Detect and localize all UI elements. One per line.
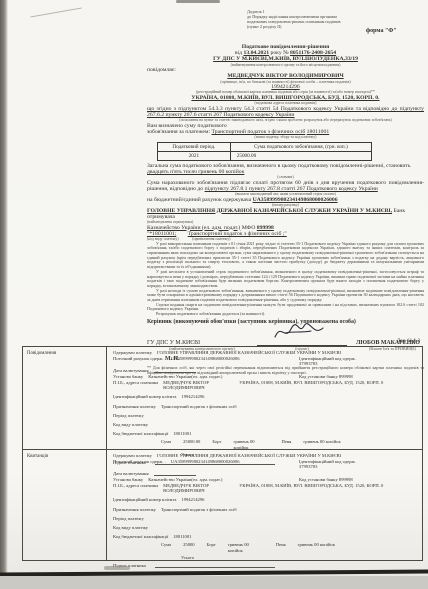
scanner-edge-shadow [0,0,8,589]
scan-smudge [176,0,220,3]
value-date-label: Дата валютування [113,368,149,373]
client-id-label: Ідентифікаційний номер клієнта [113,497,176,502]
deadline-line: Сума нарахованого зобов'язання підлягає … [147,180,424,192]
penalty-value: гривень 00 копійок [298,542,335,547]
purpose-label: Призначення платежу [113,507,156,512]
stub-sum-row: Сума25000Борггривень 00 копійокПенягриве… [161,542,417,552]
bank-code-value: 899998 [339,477,353,482]
sum-value: 25000 [183,542,194,547]
table-header-row: Податковий період. Сума податкового зобо… [158,142,372,151]
sum-value: 25000.00 [183,439,200,444]
stub-value-date-row: Дата валютування [113,368,417,373]
scanner-bed [0,576,428,589]
payer-name: МЕДВЕДЧУК ВІКТОР ВОЛОДИМИРОВИЧ [163,483,231,493]
bank-label: Установа банку [113,374,143,379]
stub-recipient-row: Одержувач платежуГОЛОВНЕ УПРАВЛІННЯ ДЕРЖ… [113,453,417,458]
sum-label: Сума [161,542,171,547]
payer-address: УКРАЇНА, 01808, М.КИЇВ, ВУЛ. ВИШГОРОДСЬК… [239,380,417,390]
value-date-label: Дата валютування [113,471,149,476]
id-code-value: 37993783 [299,464,317,469]
blank-signature [155,563,275,568]
bank-value: Казначейство України(ел. адм. подат.) [148,374,299,379]
stub-sum-row: Сума25000.00Борггривень 00 копійокПенягр… [161,439,417,449]
purpose-text: Транспортний податок з фізичних осіб ;" [188,231,287,237]
payer-name: МЕДВЕДЧУК ВІКТОР ВОЛОДИМИРОВИЧ [163,380,231,390]
scan-smudge [104,566,130,570]
payer-address: УКРАЇНА, 01808, М.КИЇВ, ВУЛ. ВИШГОРОДСЬК… [239,483,417,493]
cell-amount: 25000.00 [230,151,371,160]
purpose-label: Призначення платежу [113,404,156,409]
recipient-value: ГОЛОВНЕ УПРАВЛІННЯ ДЕРЖАВНОЇ КАЗНАЧЕЙСЬК… [157,350,341,355]
penalty-label: Пеня [276,542,286,547]
bank-code-block: Код установи банку 899998 [299,477,417,482]
fine-print-paragraph: У разі несплати в установлений строк под… [147,270,424,289]
id-code-value: 37993783 [299,361,317,366]
debt-value: гривень 00 копійок [228,542,264,552]
recipient-label: Одержувач платежу [113,453,152,458]
debt-label: Борг [212,439,221,444]
client-id-value: 1994214296 [181,394,204,399]
form-label: форма "Ф" [366,28,397,34]
stub-payer-sign-row: Підпис платника [113,563,417,568]
mfo-code: 899998 [257,225,274,231]
blank-field [154,471,196,476]
debt-label: Борг [207,542,216,547]
stub-account-row: Поточний рахунок одерж. .UA3589999802341… [113,356,417,366]
recipient-line: ГОЛОВНЕ УПРАВЛІННЯ ДЕРЖАВНОЇ КАЗНАЧЕЙСЬК… [147,208,424,220]
document-body: Податкове повідомлення-рішення від 13.04… [147,44,424,380]
treasury-name: Казначейство України (ел. адм. подат.) [147,225,240,231]
stub-total-row: Усього [181,555,417,560]
penalty-value: гривень 00 копійок [303,439,340,444]
scanned-document: Додаток 1 до Порядку надіслання контролю… [0,0,428,589]
stub-notification: Повідомлення Одержувач платежуГОЛОВНЕ УП… [23,347,422,449]
bank-code-block: Код установи банку 899998 [299,374,417,379]
stub-period-row: Період платежу [113,516,417,521]
purpose-value: Транспортний податок з фізичних осіб [161,404,237,409]
deadline-reference: підпункту 267.8.1 пункту 267.8 статті 26… [205,186,378,192]
col-period-header: Податковий період. [158,142,231,151]
payer-label: П.І.Б., адреса платника [113,483,158,493]
account-label: Поточний рахунок одерж. . [113,356,166,366]
budget-code-value: 18011001 [173,431,191,436]
table-row: 2021 25000.00 [158,151,372,160]
mfo-label: МФО [242,225,256,231]
recipient-label: Одержувач платежу [113,350,152,355]
col-amount-header: Сума податкового зобов'язання, (грн. коп… [230,142,371,151]
stub-value-date-row: Дата валютування [113,471,417,476]
annex-ref: Дод. 61 ф.3 [0,339,420,344]
stub-label: Квитанція [23,450,107,560]
stub-body: Одержувач платежуГОЛОВНЕ УПРАВЛІННЯ ДЕРЖ… [107,450,422,560]
purpose-code: "*18011001; [147,231,176,237]
recipient-value: ГОЛОВНЕ УПРАВЛІННЯ ДЕРЖАВНОЇ КАЗНАЧЕЙСЬК… [157,453,341,458]
client-id-value: 1994214296 [181,497,204,502]
payment-code: 18011001 [307,129,330,135]
budget-code-label: Код бюджетної класифікації [113,534,168,539]
stub-receipt: Квитанція Одержувач платежуГОЛОВНЕ УПРАВ… [23,449,422,560]
payer-label: П.І.Б., адреса платника [113,380,158,390]
stub-budget-code-row: Код бюджетної класифікації18011001 [113,534,417,539]
stub-client-id-row: Ідентифікаційний номер клієнта1994214296 [113,497,417,502]
client-id-label: Ідентифікаційний номер клієнта [113,394,176,399]
account-number: UA358999980234149868000026006 [253,197,338,203]
cell-period: 2021 [158,151,231,160]
bank-label: Установа банку [113,477,143,482]
stub-account-row: Поточний рахунок одерж. .UA3589999802341… [113,459,417,469]
purpose-value: Транспортний податок з фізичних осіб [161,507,237,512]
fine-print-paragraph: У разі незгоди із сумою податкового зобо… [147,289,424,303]
payment-type-label: Код виду платежу [113,422,148,427]
stub-payment-type-row: Код виду платежу [113,525,417,530]
account-prefix: на бюджетний/єдиний рахунок одержувача [147,197,251,203]
stub-payer-row: П.І.Б., адреса платникаМЕДВЕДЧУК ВІКТОР … [113,380,417,390]
fine-print: У разі використання платником податків з… [147,242,424,317]
stub-client-id-row: Ідентифікаційний номер клієнта1994214296 [113,394,417,399]
budget-code-value: 18011001 [173,534,191,539]
stub-payment-type-row: Код виду платежу [113,422,417,427]
account-value: UA358999980234149868000026006 [171,356,299,366]
sum-label: Сума [161,439,171,444]
stub-period-row: Період платежу [113,413,417,418]
period-label: Період платежу [113,413,144,418]
period-label: Період платежу [113,516,144,521]
stub-bank-row: Установа банкуКазначейство України(ел. а… [113,477,417,482]
liability-table: Податковий період. Сума податкового зобо… [157,142,372,161]
payment-prefix: зобов'язання за платежем: [147,129,210,135]
payment-name: Транспортний податок з фізичних осіб [211,129,305,135]
stub-purpose-row: Призначення платежуТранспортний податок … [113,507,417,512]
annex-note: Додаток 1 до Порядку надіслання контролю… [247,10,397,30]
penalty-label: Пеня [281,439,291,444]
stub-budget-code-row: Код бюджетної класифікації18011001 [113,431,417,436]
budget-code-label: Код бюджетної класифікації [113,431,168,436]
legal-reference: що згідно з підпунктом 54.3.3 пункту 54.… [147,106,424,118]
id-code-block: Ідентифікаційний код одерж.37993783 [299,459,417,469]
bank-code-label: Код установи банку [299,477,338,482]
stub-bank-row: Установа банкуКазначейство України(ел. а… [113,374,417,379]
stub-payer-row: П.І.Б., адреса платникаМЕДВЕДЧУК ВІКТОР … [113,483,417,493]
recipient-name: ГОЛОВНЕ УПРАВЛІННЯ ДЕРЖАВНОЇ КАЗНАЧЕЙСЬК… [147,208,392,214]
pencil-mark [30,7,81,17]
account-value: UA358999980234149868000026006 [171,459,299,469]
bank-code-value: 899998 [339,374,353,379]
caption-payment: (назва податку, збору та код платежу) [147,135,424,140]
bank-value: Казначейство України(ел. адм. подат.) [148,477,299,482]
blank-field [154,368,196,373]
payment-stubs: Повідомлення Одержувач платежуГОЛОВНЕ УП… [22,346,423,561]
fine-print-paragraph: Розрахунок податкового зобов'язання дода… [147,312,424,317]
bank-code-label: Код установи банку [299,374,338,379]
stub-purpose-row: Призначення платежуТранспортний податок … [113,404,417,409]
stub-recipient-row: Одержувач платежуГОЛОВНЕ УПРАВЛІННЯ ДЕРЖ… [113,350,417,355]
account-label: Поточний рахунок одерж. . [113,459,166,469]
debt-value: гривень 00 копійок [233,439,269,449]
id-code-block: Ідентифікаційний код одерж.37993783 [299,356,417,366]
stub-label: Повідомлення [23,347,107,449]
stub-body: Одержувач платежуГОЛОВНЕ УПРАВЛІННЯ ДЕРЖ… [107,347,422,449]
fine-print-paragraph: У разі використання платником податків з… [147,242,424,270]
payment-type-label: Код виду платежу [113,525,148,530]
